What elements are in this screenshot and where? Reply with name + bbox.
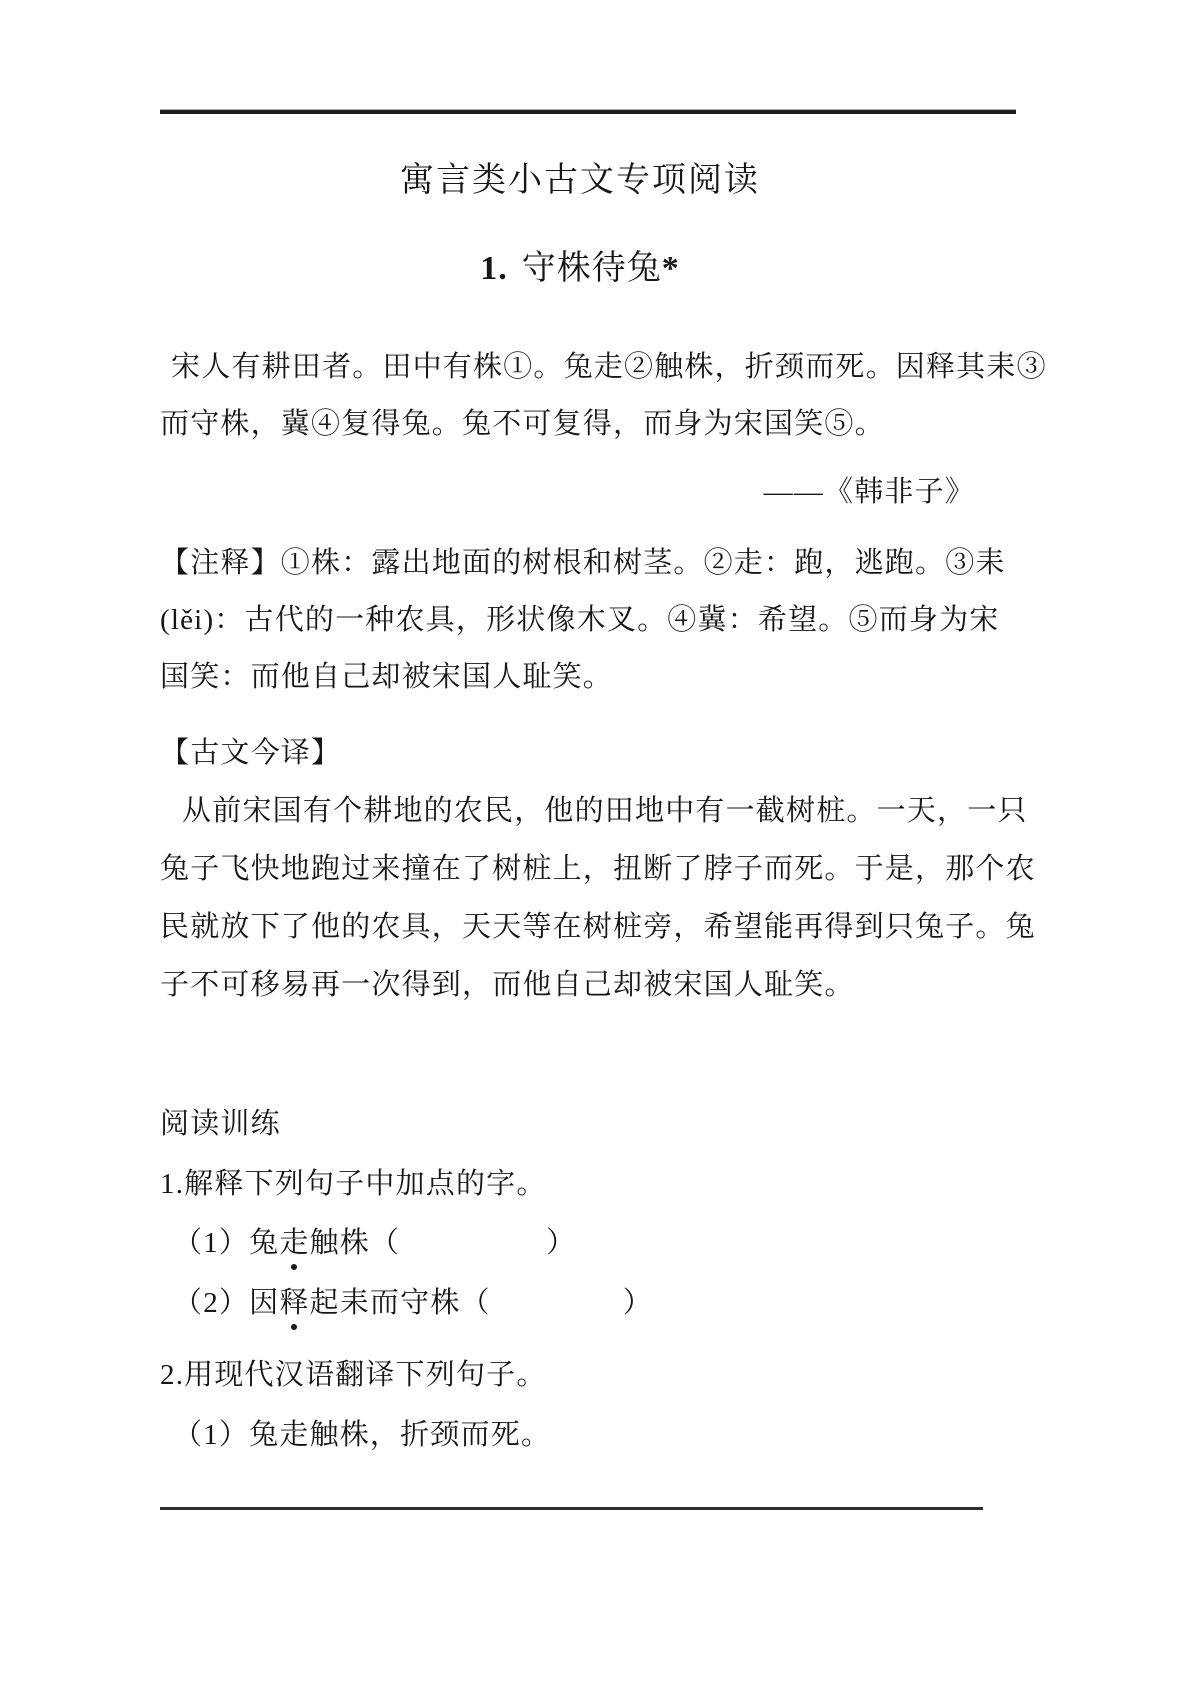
classic-text-line: 而守株，冀④复得兔。兔不可复得，而身为宋国笑⑤。 bbox=[160, 404, 1037, 444]
translation-heading: 【古文今译】 bbox=[160, 733, 1037, 773]
translation-line: 从前宋国有个耕地的农民，他的田地中有一截树桩。一天，一只 bbox=[160, 791, 1059, 831]
annotation-line: 【注释】①株：露出地面的树根和树茎。②走：跑，逃跑。③耒 bbox=[160, 543, 1037, 583]
question-1-label: 1.解释下列句子中加点的字。 bbox=[160, 1164, 1037, 1204]
translation-line: 子不可移易再一次得到，而他自己却被宋国人耻笑。 bbox=[160, 965, 1037, 1005]
section-asterisk: * bbox=[662, 250, 680, 287]
translation-line: 兔子飞快地跑过来撞在了树桩上，扭断了脖子而死。于是，那个农 bbox=[160, 849, 1037, 889]
item-text-post: 触株（ bbox=[310, 1227, 401, 1259]
section-heading: 1.守株待兔* bbox=[0, 246, 1160, 292]
question-2-item-1: （1）兔走触株，折颈而死。 bbox=[160, 1415, 1050, 1455]
answer-blank bbox=[491, 1311, 623, 1312]
answer-blank bbox=[400, 1251, 546, 1252]
translation-line: 民就放下了他的农具，天天等在树桩旁，希望能再得到只兔子。兔 bbox=[160, 907, 1037, 947]
section-number: 1. bbox=[480, 250, 508, 287]
annotation-line: 国笑：而他自己却被宋国人耻笑。 bbox=[160, 657, 1037, 697]
section-title: 守株待兔 bbox=[522, 250, 662, 287]
question-1-item-1: （1）兔走触株（） bbox=[160, 1223, 1050, 1263]
document-page: 寓言类小古文专项阅读 1.守株待兔* 宋人有耕田者。田中有株①。兔走②触株，折颈… bbox=[0, 0, 1191, 1684]
item-close-paren: ） bbox=[546, 1227, 576, 1259]
answer-line bbox=[160, 1507, 983, 1510]
item-text-pre: （1）兔 bbox=[173, 1227, 279, 1259]
attribution: ——《韩非子》 bbox=[160, 472, 1037, 512]
item-close-paren: ） bbox=[623, 1287, 653, 1319]
exercises-heading: 阅读训练 bbox=[160, 1104, 1037, 1144]
question-2-label: 2.用现代汉语翻译下列句子。 bbox=[160, 1355, 1037, 1395]
page-title: 寓言类小古文专项阅读 bbox=[0, 158, 1160, 204]
emphasized-char: 走 bbox=[279, 1227, 309, 1259]
emphasized-char: 释 bbox=[279, 1287, 309, 1319]
item-text-pre: （2）因 bbox=[173, 1287, 279, 1319]
header-rule bbox=[160, 109, 1016, 114]
question-1-item-2: （2）因释起耒而守株（） bbox=[160, 1283, 1050, 1323]
classic-text-line: 宋人有耕田者。田中有株①。兔走②触株，折颈而死。因释其耒③ bbox=[160, 347, 1048, 387]
annotation-line: (lěi)：古代的一种农具，形状像木叉。④冀：希望。⑤而身为宋 bbox=[160, 600, 1037, 640]
item-text-post: 起耒而守株（ bbox=[310, 1287, 491, 1319]
